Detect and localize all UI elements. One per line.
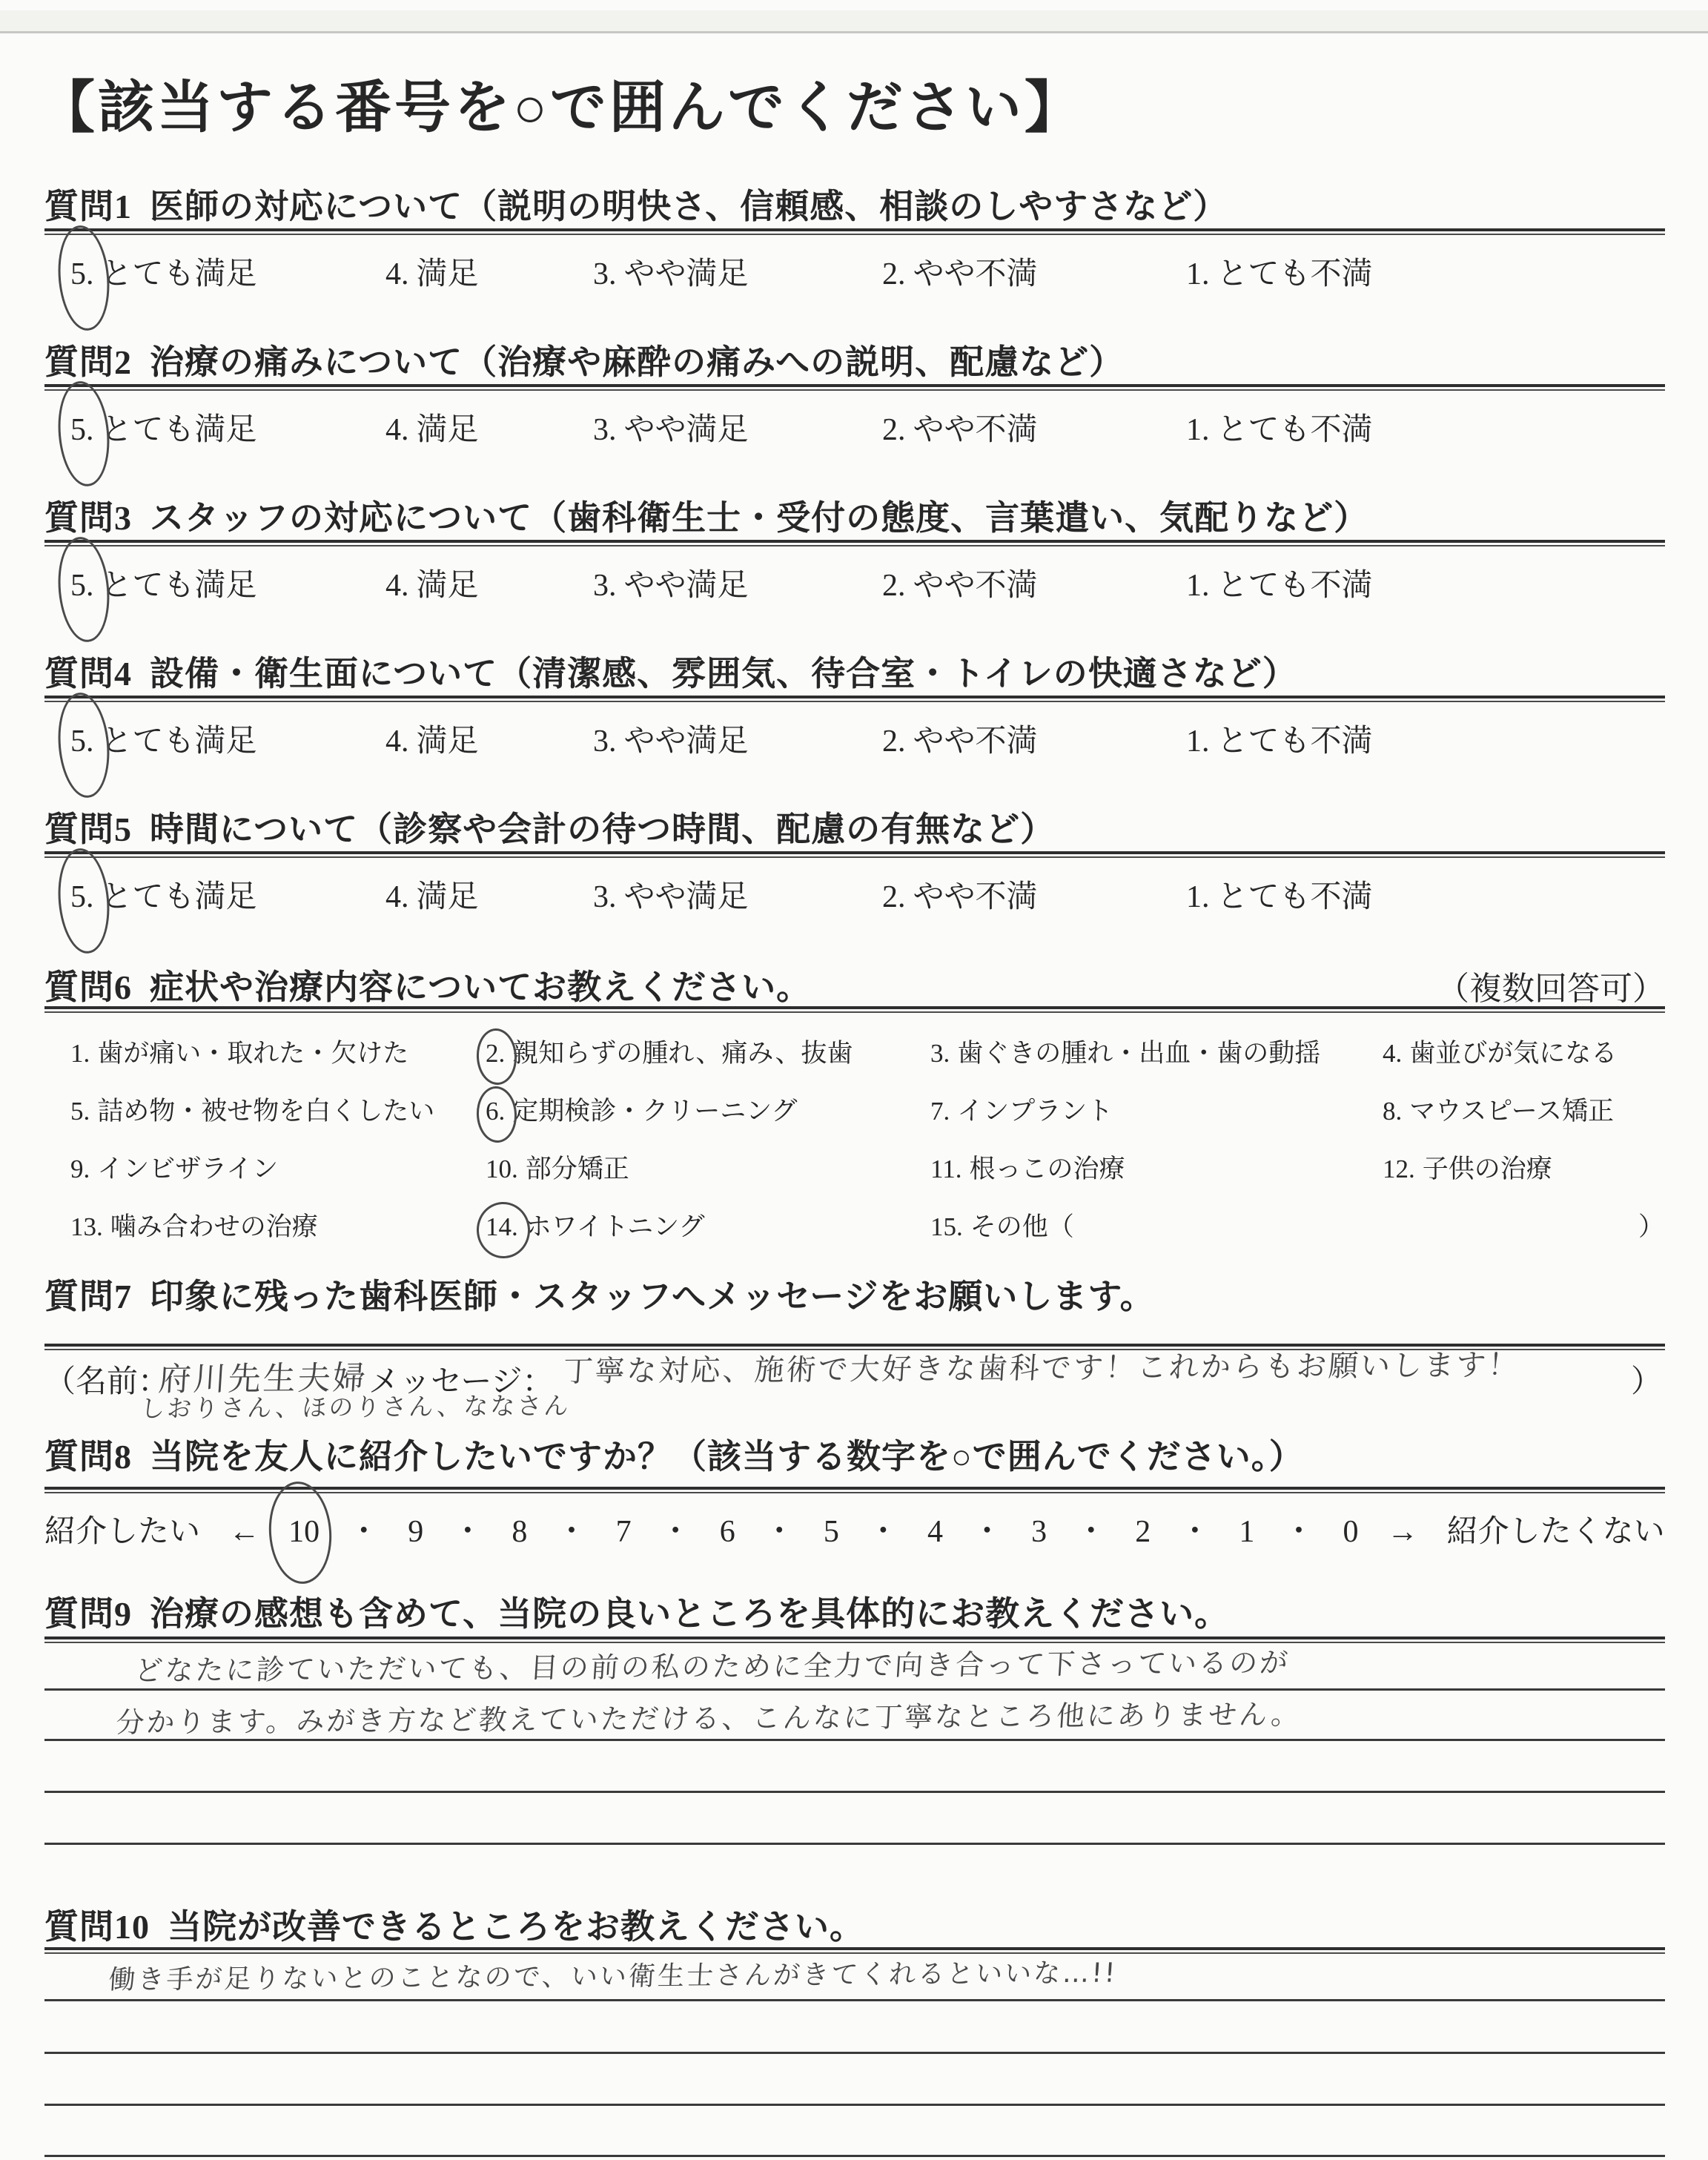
dot-separator: ・ — [972, 1507, 1003, 1551]
dot-separator: ・ — [348, 1507, 380, 1551]
question-title: スタッフの対応について（歯科衛生士・受付の態度、言葉遣い、気配りなど） — [150, 499, 1368, 537]
scale-left-label: 紹介したい — [44, 1507, 200, 1551]
scale-value-4: 4 — [927, 1514, 943, 1550]
question-6-heading: 質問6症状や治療内容についてお教えください。 — [44, 960, 811, 1009]
separator-line — [44, 1947, 1665, 1954]
question-title: 時間について（診察や会計の待つ時間、配慮の有無など） — [150, 810, 1055, 848]
scale-value-6: 6 — [720, 1514, 735, 1550]
question-number: 質問3 — [44, 499, 132, 537]
question-2-heading: 質問2治療の痛みについて（治療や麻酔の痛みへの説明、配慮など） — [44, 335, 1124, 384]
answer-ruled-line — [44, 1843, 1665, 1845]
multiple-answers-note: （複数回答可） — [1437, 962, 1665, 1009]
question-block-5: 質問5時間について（診察や会計の待つ時間、配慮の有無など） 5.とても満足 4.… — [44, 802, 1665, 943]
handwritten-answer-line-1: どなたに診ていただいても、目の前の私のために全力で向き合って下さっているのが — [133, 1639, 1291, 1688]
separator-line — [44, 1006, 1665, 1013]
answer-ruled-line — [44, 2155, 1665, 2157]
handwritten-circle-mark: 5. — [70, 568, 102, 604]
page-title: 【該当する番号を○で囲んでください】 — [39, 62, 1084, 143]
answer-ruled-line — [44, 2104, 1665, 2106]
handwritten-circle-mark: 14. — [486, 1212, 526, 1242]
option-somewhat-dissatisfied: 2.やや不満 — [882, 716, 1038, 761]
option-satisfied: 4.満足 — [385, 716, 479, 761]
option-very-satisfied: 5.とても満足 — [70, 405, 257, 449]
option-very-dissatisfied: 1.とても不満 — [1186, 405, 1373, 449]
scale-value-2: 2 — [1135, 1514, 1151, 1550]
closing-paren: ） — [1631, 1357, 1662, 1401]
question-title: 医師の対応について（説明の明快さ、信頼感、相談のしやすさなど） — [150, 188, 1228, 225]
option-very-dissatisfied: 1.とても不満 — [1186, 561, 1373, 605]
question-number: 質問8 — [44, 1438, 132, 1476]
symptom-item-4: 4.歯並びが気になる — [1383, 1033, 1617, 1070]
scale-value-9: 9 — [408, 1514, 423, 1550]
rating-options-row-3: 5.とても満足 4.満足 3.やや満足 2.やや不満 1.とても不満 — [44, 561, 1665, 608]
handwritten-circle-mark: 5. — [70, 412, 102, 448]
dot-separator: ・ — [556, 1507, 587, 1551]
symptom-item-1: 1.歯が痛い・取れた・欠けた — [70, 1033, 408, 1070]
option-satisfied: 4.満足 — [385, 405, 479, 449]
symptom-item-2: 2.親知らずの腫れ、痛み、抜歯 — [486, 1033, 853, 1070]
dot-separator: ・ — [1076, 1507, 1107, 1551]
symptom-item-11: 11.根っこの治療 — [930, 1149, 1125, 1186]
question-title: 設備・衛生面について（清潔感、雰囲気、待合室・トイレの快適さなど） — [150, 655, 1297, 693]
dot-separator: ・ — [1179, 1507, 1211, 1551]
option-satisfied: 4.満足 — [385, 249, 479, 294]
handwritten-circle-mark: 2. — [486, 1039, 512, 1069]
symptom-item-7: 7.インプラント — [930, 1091, 1113, 1128]
answer-ruled-line — [44, 1791, 1665, 1793]
question-number: 質問6 — [44, 968, 132, 1006]
option-somewhat-dissatisfied: 2.やや不満 — [882, 872, 1038, 916]
question-number: 質問7 — [44, 1278, 132, 1315]
handwritten-circle-mark: 6. — [486, 1097, 512, 1126]
handwritten-circle-mark: 5. — [70, 879, 102, 915]
question-title: 印象に残った歯科医師・スタッフへメッセージをお願いします。 — [150, 1278, 1155, 1315]
symptom-item-5: 5.詰め物・被せ物を白くしたい — [70, 1091, 434, 1128]
symptom-item-15: 15.その他（ — [930, 1206, 1074, 1244]
scale-right-label: 紹介したくない — [1447, 1507, 1665, 1551]
rating-options-row-4: 5.とても満足 4.満足 3.やや満足 2.やや不満 1.とても不満 — [44, 716, 1665, 764]
handwritten-circle-mark: 5. — [70, 724, 102, 759]
option-very-satisfied: 5.とても満足 — [70, 716, 257, 761]
question-title: 治療の感想も含めて、当院の良いところを具体的にお教えください。 — [150, 1595, 1229, 1633]
handwritten-answer-line-2: 分かります。みがき方など教えていただける、こんなに丁寧なところ他にありません。 — [115, 1691, 1302, 1740]
scale-value-8: 8 — [512, 1514, 527, 1550]
separator-line — [44, 228, 1665, 235]
message-field-label: メッセージ： — [368, 1357, 553, 1401]
rating-options-row-5: 5.とても満足 4.満足 3.やや満足 2.やや不満 1.とても不満 — [44, 872, 1665, 919]
rating-options-row-1: 5.とても満足 4.満足 3.やや満足 2.やや不満 1.とても不満 — [44, 249, 1665, 297]
handwritten-circle-mark: 10 — [288, 1514, 320, 1550]
question-10-heading: 質問10当院が改善できるところをお教えください。 — [44, 1900, 864, 1949]
option-very-dissatisfied: 1.とても不満 — [1186, 716, 1373, 761]
question-4-heading: 質問4設備・衛生面について（清潔感、雰囲気、待合室・トイレの快適さなど） — [44, 647, 1297, 696]
option-somewhat-dissatisfied: 2.やや不満 — [882, 249, 1038, 294]
separator-line — [44, 384, 1665, 391]
answer-ruled-line — [44, 1739, 1665, 1741]
rating-options-row-2: 5.とても満足 4.満足 3.やや満足 2.やや不満 1.とても不満 — [44, 405, 1665, 452]
question-title: 当院を友人に紹介したいですか？（該当する数字を○で囲んでください。） — [150, 1438, 1304, 1476]
question-number: 質問1 — [44, 188, 132, 225]
handwritten-message: 丁寧な対応、施術で大好きな歯科です！これからもお願いします！ — [562, 1341, 1521, 1390]
question-1-heading: 質問1医師の対応について（説明の明快さ、信頼感、相談のしやすさなど） — [44, 179, 1228, 228]
option-somewhat-satisfied: 3.やや満足 — [593, 716, 749, 761]
question-5-heading: 質問5時間について（診察や会計の待つ時間、配慮の有無など） — [44, 802, 1055, 851]
question-block-1: 質問1医師の対応について（説明の明快さ、信頼感、相談のしやすさなど） 5.とても… — [44, 179, 1665, 320]
right-arrow-icon: → — [1387, 1514, 1418, 1550]
question-8-heading: 質問8当院を友人に紹介したいですか？（該当する数字を○で囲んでください。） — [44, 1430, 1304, 1479]
scale-value-5: 5 — [824, 1514, 839, 1550]
question-number: 質問2 — [44, 343, 132, 381]
scale-value-10: 10 — [288, 1515, 320, 1549]
question-9-heading: 質問9治療の感想も含めて、当院の良いところを具体的にお教えください。 — [44, 1587, 1229, 1636]
handwritten-circle-mark: 5. — [70, 257, 102, 292]
question-title: 当院が改善できるところをお教えください。 — [168, 1908, 864, 1946]
option-somewhat-dissatisfied: 2.やや不満 — [882, 405, 1038, 449]
dot-separator: ・ — [452, 1507, 483, 1551]
question-block-8: 質問8当院を友人に紹介したいですか？（該当する数字を○で囲んでください。） 紹介… — [44, 1430, 1665, 1571]
symptom-item-13: 13.噛み合わせの治療 — [70, 1206, 318, 1244]
option-satisfied: 4.満足 — [385, 872, 479, 916]
answer-ruled-line — [44, 2052, 1665, 2054]
question-block-10: 質問10当院が改善できるところをお教えください。 働き手が足りないとのことなので… — [44, 1900, 1665, 2158]
handwritten-answer-line-1: 働き手が足りないとのことなので、いい衛生士さんがきてくれるといいな…!! — [107, 1952, 1119, 1997]
scan-artifact-band — [0, 10, 1708, 33]
answer-ruled-line — [44, 1688, 1665, 1691]
option-somewhat-satisfied: 3.やや満足 — [593, 561, 749, 605]
dot-separator: ・ — [1283, 1507, 1314, 1551]
option-somewhat-satisfied: 3.やや満足 — [593, 872, 749, 916]
scanned-survey-page: 【該当する番号を○で囲んでください】 質問1医師の対応について（説明の明快さ、信… — [0, 0, 1708, 2160]
dot-separator: ・ — [660, 1507, 691, 1551]
option-very-dissatisfied: 1.とても不満 — [1186, 872, 1373, 916]
question-number: 質問4 — [44, 655, 132, 693]
separator-line — [44, 696, 1665, 702]
option-satisfied: 4.満足 — [385, 561, 479, 605]
question-block-4: 質問4設備・衛生面について（清潔感、雰囲気、待合室・トイレの快適さなど） 5.と… — [44, 647, 1665, 787]
option-very-satisfied: 5.とても満足 — [70, 249, 257, 294]
question-title: 治療の痛みについて（治療や麻酔の痛みへの説明、配慮など） — [150, 343, 1124, 381]
symptom-item-6: 6.定期検診・クリーニング — [486, 1091, 798, 1128]
question-title: 症状や治療内容についてお教えください。 — [150, 968, 811, 1006]
other-closing-paren: ） — [1638, 1206, 1664, 1244]
scale-value-0: 0 — [1343, 1514, 1359, 1550]
symptom-item-12: 12.子供の治療 — [1383, 1149, 1552, 1186]
symptom-item-9: 9.インビザライン — [70, 1149, 278, 1186]
option-very-dissatisfied: 1.とても不満 — [1186, 249, 1373, 294]
answer-ruled-line — [44, 1999, 1665, 2001]
symptom-item-3: 3.歯ぐきの腫れ・出血・歯の動揺 — [930, 1033, 1320, 1070]
dot-separator: ・ — [764, 1507, 795, 1551]
separator-line — [44, 540, 1665, 546]
option-somewhat-satisfied: 3.やや満足 — [593, 249, 749, 294]
symptom-item-8: 8.マウスピース矯正 — [1383, 1091, 1614, 1128]
question-number: 質問10 — [44, 1908, 150, 1946]
scale-value-7: 7 — [616, 1514, 632, 1550]
option-somewhat-satisfied: 3.やや満足 — [593, 405, 749, 449]
dot-separator: ・ — [867, 1507, 898, 1551]
scale-value-3: 3 — [1031, 1514, 1047, 1550]
option-somewhat-dissatisfied: 2.やや不満 — [882, 561, 1038, 605]
left-arrow-icon: ← — [229, 1514, 260, 1550]
symptom-item-14: 14.ホワイトニング — [486, 1206, 705, 1244]
question-block-3: 質問3スタッフの対応について（歯科衛生士・受付の態度、言葉遣い、気配りなど） 5… — [44, 491, 1665, 632]
question-number: 質問5 — [44, 810, 132, 848]
scale-value-1: 1 — [1239, 1514, 1254, 1550]
option-very-satisfied: 5.とても満足 — [70, 561, 257, 605]
symptom-item-10: 10.部分矯正 — [486, 1149, 629, 1186]
question-7-heading: 質問7印象に残った歯科医師・スタッフへメッセージをお願いします。 — [44, 1269, 1155, 1318]
option-very-satisfied: 5.とても満足 — [70, 872, 257, 916]
question-number: 質問9 — [44, 1595, 132, 1633]
separator-line — [44, 851, 1665, 858]
question-block-2: 質問2治療の痛みについて（治療や麻酔の痛みへの説明、配慮など） 5.とても満足 … — [44, 335, 1665, 476]
question-block-6: 質問6症状や治療内容についてお教えください。 （複数回答可） 1.歯が痛い・取れ… — [44, 960, 1665, 1257]
recommendation-scale: 紹介したい ← 10 ・ 9 ・ 8 ・ 7 ・ 6 ・ 5 ・ 4 ・ 3 ・… — [44, 1507, 1665, 1551]
question-3-heading: 質問3スタッフの対応について（歯科衛生士・受付の態度、言葉遣い、気配りなど） — [44, 491, 1368, 540]
question-block-7: 質問7印象に残った歯科医師・スタッフへメッセージをお願いします。 （名前： 府川… — [44, 1269, 1665, 1425]
question-block-9: 質問9治療の感想も含めて、当院の良いところを具体的にお教えください。 どなたに診… — [44, 1587, 1665, 1846]
